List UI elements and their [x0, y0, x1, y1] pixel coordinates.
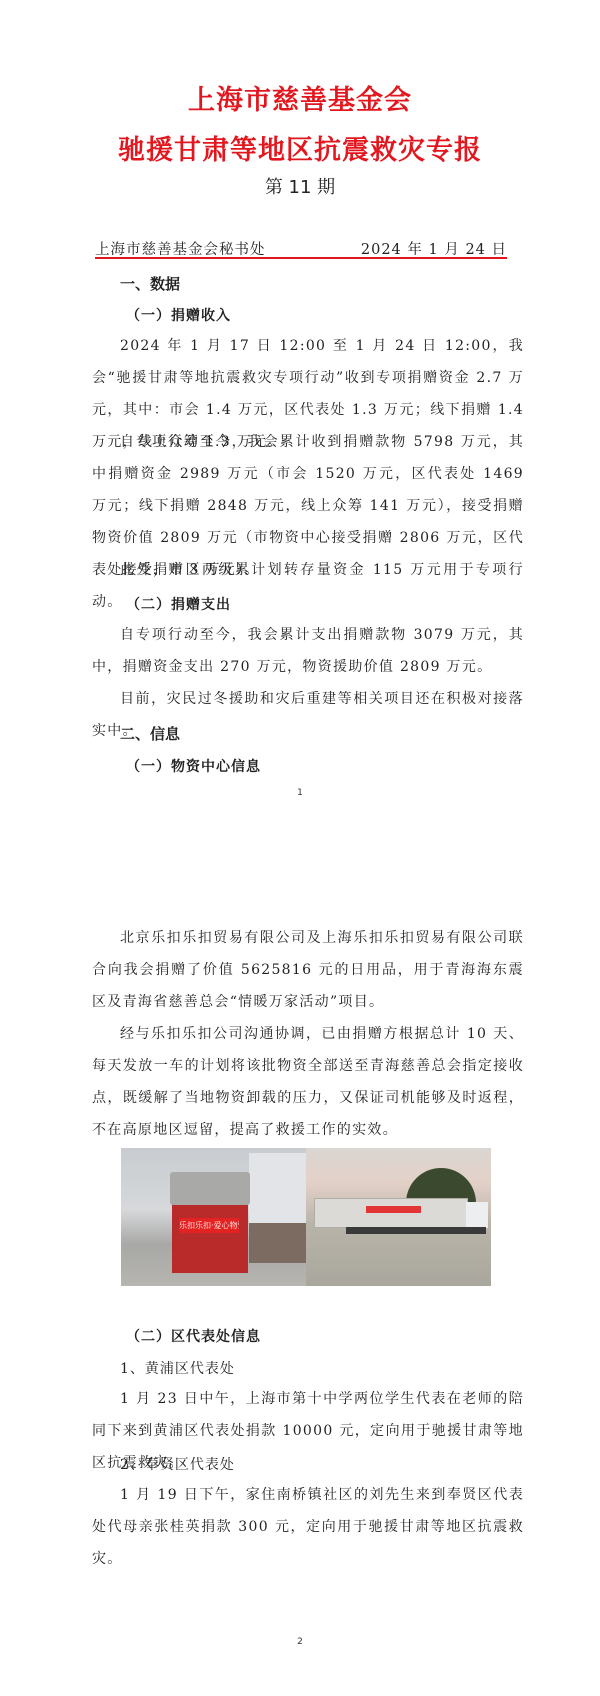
page-number: 2 [0, 1637, 600, 1647]
issue-number: 第 11 期 [0, 173, 600, 199]
photo-strip: 乐扣乐扣·爱心物资 [121, 1148, 491, 1286]
org-title: 上海市慈善基金会 [0, 78, 600, 117]
red-divider [95, 257, 507, 259]
section-heading-info: 二、信息 [120, 723, 180, 744]
page-number: 1 [0, 788, 600, 798]
photo-red-truck: 乐扣乐扣·爱心物资 [121, 1148, 306, 1286]
issuer-line: 上海市慈善基金会秘书处 2024 年 1 月 24 日 [95, 238, 507, 259]
subheading-district-offices: （二）区代表处信息 [126, 1326, 261, 1346]
wall [249, 1223, 306, 1263]
truck-tarp [170, 1172, 250, 1205]
subheading-material-center: （一）物资中心信息 [126, 756, 261, 776]
subheading-donation-expense: （二）捐赠支出 [126, 594, 231, 614]
district-heading-fengxian: 2、奉贤区代表处 [120, 1454, 235, 1474]
truck-trailer [314, 1198, 468, 1228]
subheading-donation-income: （一）捐赠收入 [126, 305, 231, 325]
paragraph: 北京乐扣乐扣贸易有限公司及上海乐扣乐扣贸易有限公司联合向我会捐赠了价值 5625… [92, 922, 524, 1018]
issuer: 上海市慈善基金会秘书处 [95, 238, 266, 259]
building [249, 1153, 306, 1233]
paragraph: 自专项行动至今，我会累计支出捐赠款物 3079 万元，其中，捐赠资金支出 270… [92, 619, 524, 683]
section-heading-data: 一、数据 [120, 273, 180, 294]
truck-banner: 乐扣乐扣·爱心物资 [179, 1218, 239, 1233]
trailer-banner [366, 1206, 421, 1213]
issue-date: 2024 年 1 月 24 日 [361, 238, 507, 259]
paragraph: 经与乐扣乐扣公司沟通协调，已由捐赠方根据总计 10 天、每天发放一车的计划将该批… [92, 1018, 524, 1146]
district-heading-huangpu: 1、黄浦区代表处 [120, 1358, 235, 1378]
paragraph: 1 月 19 日下午，家住南桥镇社区的刘先生来到奉贤区代表处代母亲张桂英捐款 3… [92, 1479, 524, 1575]
photo-white-truck [306, 1148, 491, 1286]
truck-cab [466, 1202, 488, 1228]
report-title: 驰援甘肃等地区抗震救灾专报 [0, 128, 600, 167]
truck-wheels [346, 1227, 486, 1234]
